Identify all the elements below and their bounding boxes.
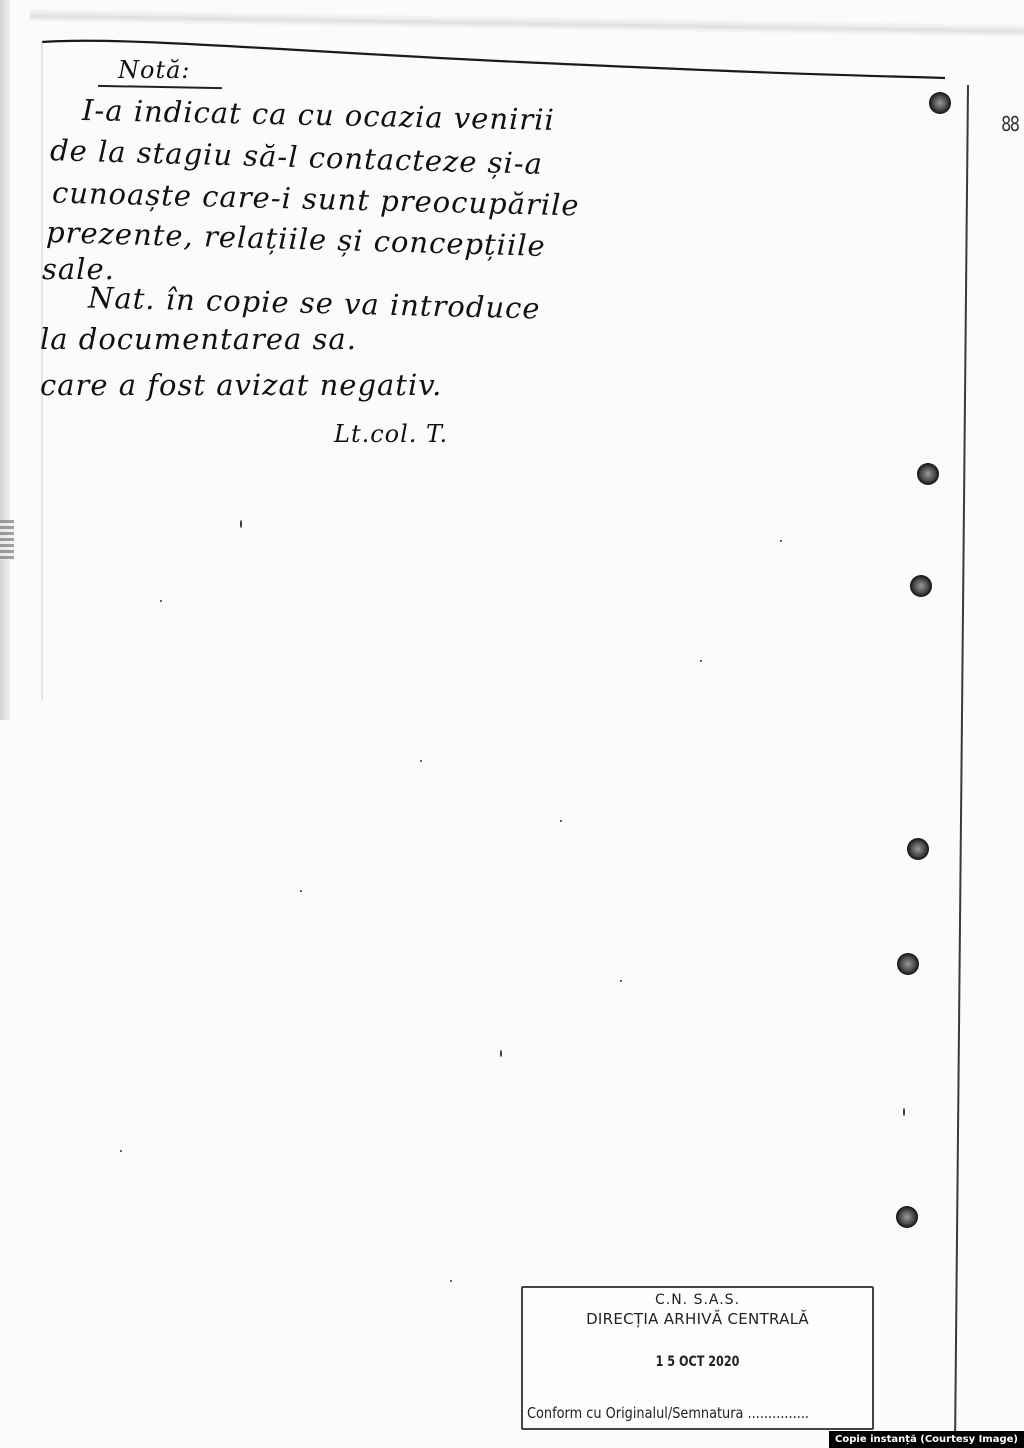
image-credit: Copie instanță (Courtesy Image) <box>829 1431 1024 1448</box>
signature: Lt.col. T. <box>334 420 448 448</box>
scan-speck <box>560 820 562 822</box>
stamp-institution: C.N. S.A.S. <box>523 1292 872 1308</box>
scan-speck <box>700 660 702 662</box>
punch-hole <box>907 838 929 860</box>
punch-hole <box>917 463 939 485</box>
scan-speck <box>780 540 782 542</box>
note-title: Notă: <box>118 56 191 84</box>
scan-speck <box>120 1150 122 1152</box>
scan-speck <box>620 980 622 982</box>
stamp-certification: Conform cu Originalul/Semnatura ........… <box>527 1404 809 1422</box>
punch-hole <box>910 575 932 597</box>
punch-hole <box>896 1206 918 1228</box>
stamp-department: DIRECȚIA ARHIVĂ CENTRALĂ <box>523 1310 872 1328</box>
scan-speck <box>420 760 422 762</box>
note-line: care a fost avizat negativ. <box>40 368 442 402</box>
page-number: 88 <box>1001 112 1018 136</box>
scan-speck <box>240 520 242 528</box>
archive-stamp: C.N. S.A.S. DIRECȚIA ARHIVĂ CENTRALĂ 1 5… <box>521 1286 874 1430</box>
note-line: la documentarea sa. <box>40 322 357 356</box>
punch-hole <box>897 953 919 975</box>
punch-hole <box>929 92 951 114</box>
scan-speck <box>300 890 302 892</box>
stamp-date: 1 5 OCT 2020 <box>558 1354 837 1370</box>
scan-speck <box>500 1050 502 1057</box>
scan-speck <box>160 600 162 602</box>
scan-speck <box>903 1108 905 1116</box>
scan-speck <box>450 1280 452 1282</box>
